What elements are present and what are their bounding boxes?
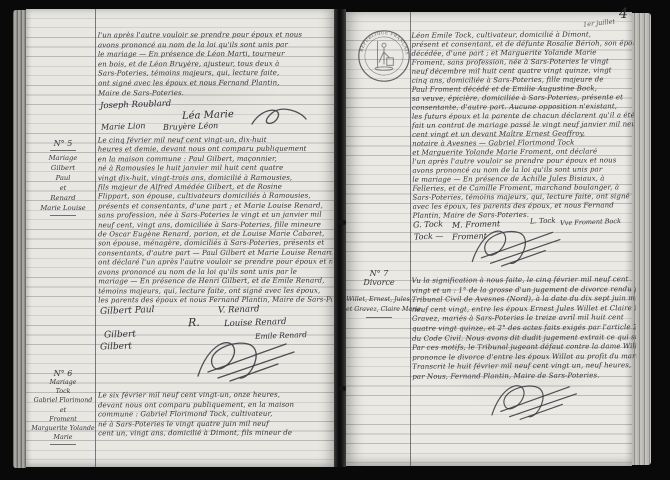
handwritten-line: Paul xyxy=(34,173,92,183)
signature: Marie Lion xyxy=(101,121,146,132)
handwritten-line: heures et demie, devant nous ont comparu… xyxy=(98,145,332,155)
record-number: N° 6 xyxy=(28,369,98,378)
divider-dash xyxy=(366,317,392,318)
handwritten-line: Maire de Sars-Poteries. xyxy=(98,88,332,98)
record-number: N° 7 xyxy=(346,269,412,278)
handwritten-line: ont déclaré l'un après l'autre vouloir s… xyxy=(98,258,332,268)
signature: G. Tock xyxy=(413,219,443,229)
stamp-figure xyxy=(375,41,393,70)
handwritten-line: les parents des époux et nous Fernand Pl… xyxy=(98,295,332,305)
page-number: 4 xyxy=(619,6,628,22)
handwritten-line: l'un après l'autre vouloir se prendre po… xyxy=(98,31,332,41)
signature-flourish xyxy=(248,104,310,132)
handwritten-line: Froment xyxy=(28,415,98,424)
handwritten-line: Willet, Ernest, Jules, xyxy=(346,295,412,305)
margin-note-lines: MariageTockGabriel FlorimondetFromentMar… xyxy=(28,378,98,442)
handwritten-line: Renard xyxy=(34,193,92,203)
margin-note-record-7: N° 7 Divorce Willet, Ernest, Jules,et Gr… xyxy=(346,269,412,320)
handwritten-line: et Gravez, Claire Marie. xyxy=(346,305,412,315)
handwritten-line: Mariage xyxy=(34,153,92,163)
handwritten-line: cent un, vingt ans, domicilié à Dimont, … xyxy=(98,429,332,439)
paragraph-record-5: Le cinq février mil neuf cent vingt-un, … xyxy=(98,136,333,306)
handwritten-line: Gilbert xyxy=(34,163,92,173)
signature: V. Renard xyxy=(218,304,260,315)
svg-text:RÉPUBLIQUE FRANÇAISE: RÉPUBLIQUE FRANÇAISE xyxy=(356,27,409,55)
paragraph-record-6-start: Le six février mil neuf cent vingt-un, o… xyxy=(98,391,332,440)
handwritten-line: et xyxy=(34,183,92,193)
handwritten-line: Marguerite Yolande xyxy=(28,424,98,433)
binding-stitch xyxy=(339,386,346,391)
divider-dash xyxy=(50,150,76,151)
paragraph-record-7-divorce: Vu la signification à nous faite, le cin… xyxy=(412,275,637,382)
divider-dash xyxy=(50,215,76,216)
binding-stitch xyxy=(339,220,346,225)
record-number: N° 5 xyxy=(34,139,92,148)
paragraph-end-record-4: l'un après l'autre vouloir se prendre po… xyxy=(98,31,332,99)
signature-flourish xyxy=(465,222,570,270)
record-type: Divorce xyxy=(346,278,412,287)
signature-flourish xyxy=(190,334,305,384)
signature: Bruyère Léon xyxy=(163,121,219,132)
official-seal-stamp-icon: RÉPUBLIQUE FRANÇAISE xyxy=(356,27,412,85)
handwritten-line: Mariage xyxy=(28,378,98,387)
margin-note-record-6: N° 6 MariageTockGabriel FlorimondetFrome… xyxy=(28,369,98,447)
signature: Gilbert Paul xyxy=(100,305,155,317)
signature: Tock — xyxy=(414,231,444,241)
fold-gutter xyxy=(334,9,346,467)
left-page-stack-edge xyxy=(13,10,26,468)
signature: R. xyxy=(188,316,200,329)
handwritten-line: mariage — En présence de Henri Gilbert, … xyxy=(98,277,332,287)
margin-note-lines: MariageGilbertPauletRenardMarie Louise xyxy=(34,153,92,213)
handwritten-line: Tock xyxy=(28,387,98,396)
handwritten-line: et xyxy=(28,406,98,415)
margin-note-record-5: N° 5 MariageGilbertPauletRenardMarie Lou… xyxy=(34,139,92,218)
divider-dash xyxy=(50,444,76,445)
stamp-text: RÉPUBLIQUE FRANÇAISE xyxy=(356,27,409,55)
handwritten-line: sans profession, née à Sars-Poteries le … xyxy=(98,211,332,221)
signature: Léa Marie xyxy=(182,109,234,122)
paragraph-record-6-continued: Léon Emile Tock, cultivateur, domicilié … xyxy=(411,30,634,221)
register-scan: 4 1er juillet RÉPUBLIQUE FRANÇAISE N° 5 … xyxy=(0,0,670,480)
signature: Gilbert xyxy=(100,341,132,352)
right-page-stack-edge xyxy=(632,13,651,465)
signature: Gilbert xyxy=(104,329,136,340)
handwritten-line: Marie Louise xyxy=(34,203,92,213)
signature-flourish xyxy=(478,378,593,422)
handwritten-line: Marie xyxy=(28,433,98,442)
margin-note-lines: Willet, Ernest, Jules,et Gravez, Claire … xyxy=(346,295,412,315)
handwritten-line: Gabriel Florimond xyxy=(28,396,98,405)
